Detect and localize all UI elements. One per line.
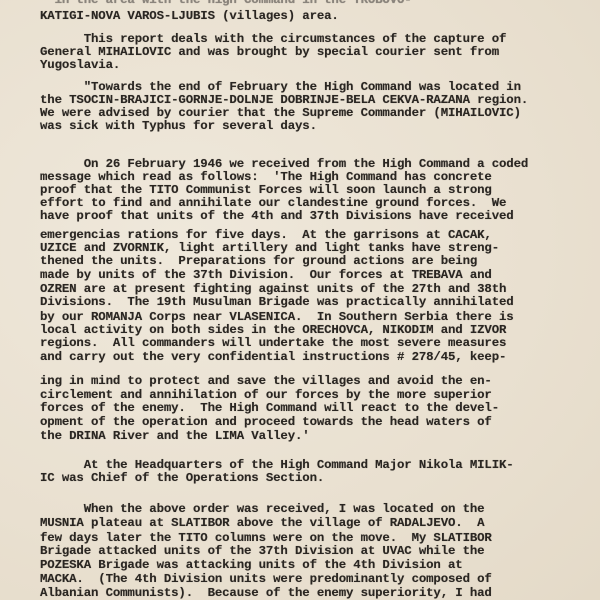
text-line: Brigade attacked units of the 37th Divis… — [40, 545, 484, 558]
text-line: forces of the enemy. The High Command wi… — [40, 402, 499, 415]
text-line: IC was Chief of the Operations Section. — [40, 472, 324, 485]
text-line: MACKA. (The 4th Division units were pred… — [40, 573, 492, 586]
text-line: in the area with the High Command in the… — [40, 0, 412, 7]
text-line: made by units of the 37th Division. Our … — [40, 269, 492, 282]
text-line: KATIGI-NOVA VAROS-LJUBIS (villages) area… — [40, 10, 339, 23]
typewritten-document-page: in the area with the High Command in the… — [0, 0, 600, 600]
text-line: When the above order was received, I was… — [40, 503, 484, 516]
text-line: the DRINA River and the LIMA Valley.' — [40, 430, 310, 443]
text-line: Divisions. The 19th Musulman Brigade was… — [40, 296, 514, 309]
text-line: and carry out the very confidential inst… — [40, 351, 506, 364]
text-line: MUSNIA plateau at SLATIBOR above the vil… — [40, 517, 484, 530]
text-line: have proof that units of the 4th and 37t… — [40, 210, 514, 223]
text-line: opment of the operation and proceed towa… — [40, 416, 492, 429]
text-line: Yugoslavia. — [40, 59, 120, 72]
text-line: regions. All commanders will undertake t… — [40, 337, 506, 350]
text-line: Albanian Communists). Because of the ene… — [40, 587, 492, 600]
text-line: thened the units. Preparations for groun… — [40, 255, 477, 268]
text-line: ing in mind to protect and save the vill… — [40, 375, 492, 388]
text-line: was sick with Typhus for several days. — [40, 120, 317, 133]
text-line: POZESKA Brigade was attacking units of t… — [40, 559, 463, 572]
